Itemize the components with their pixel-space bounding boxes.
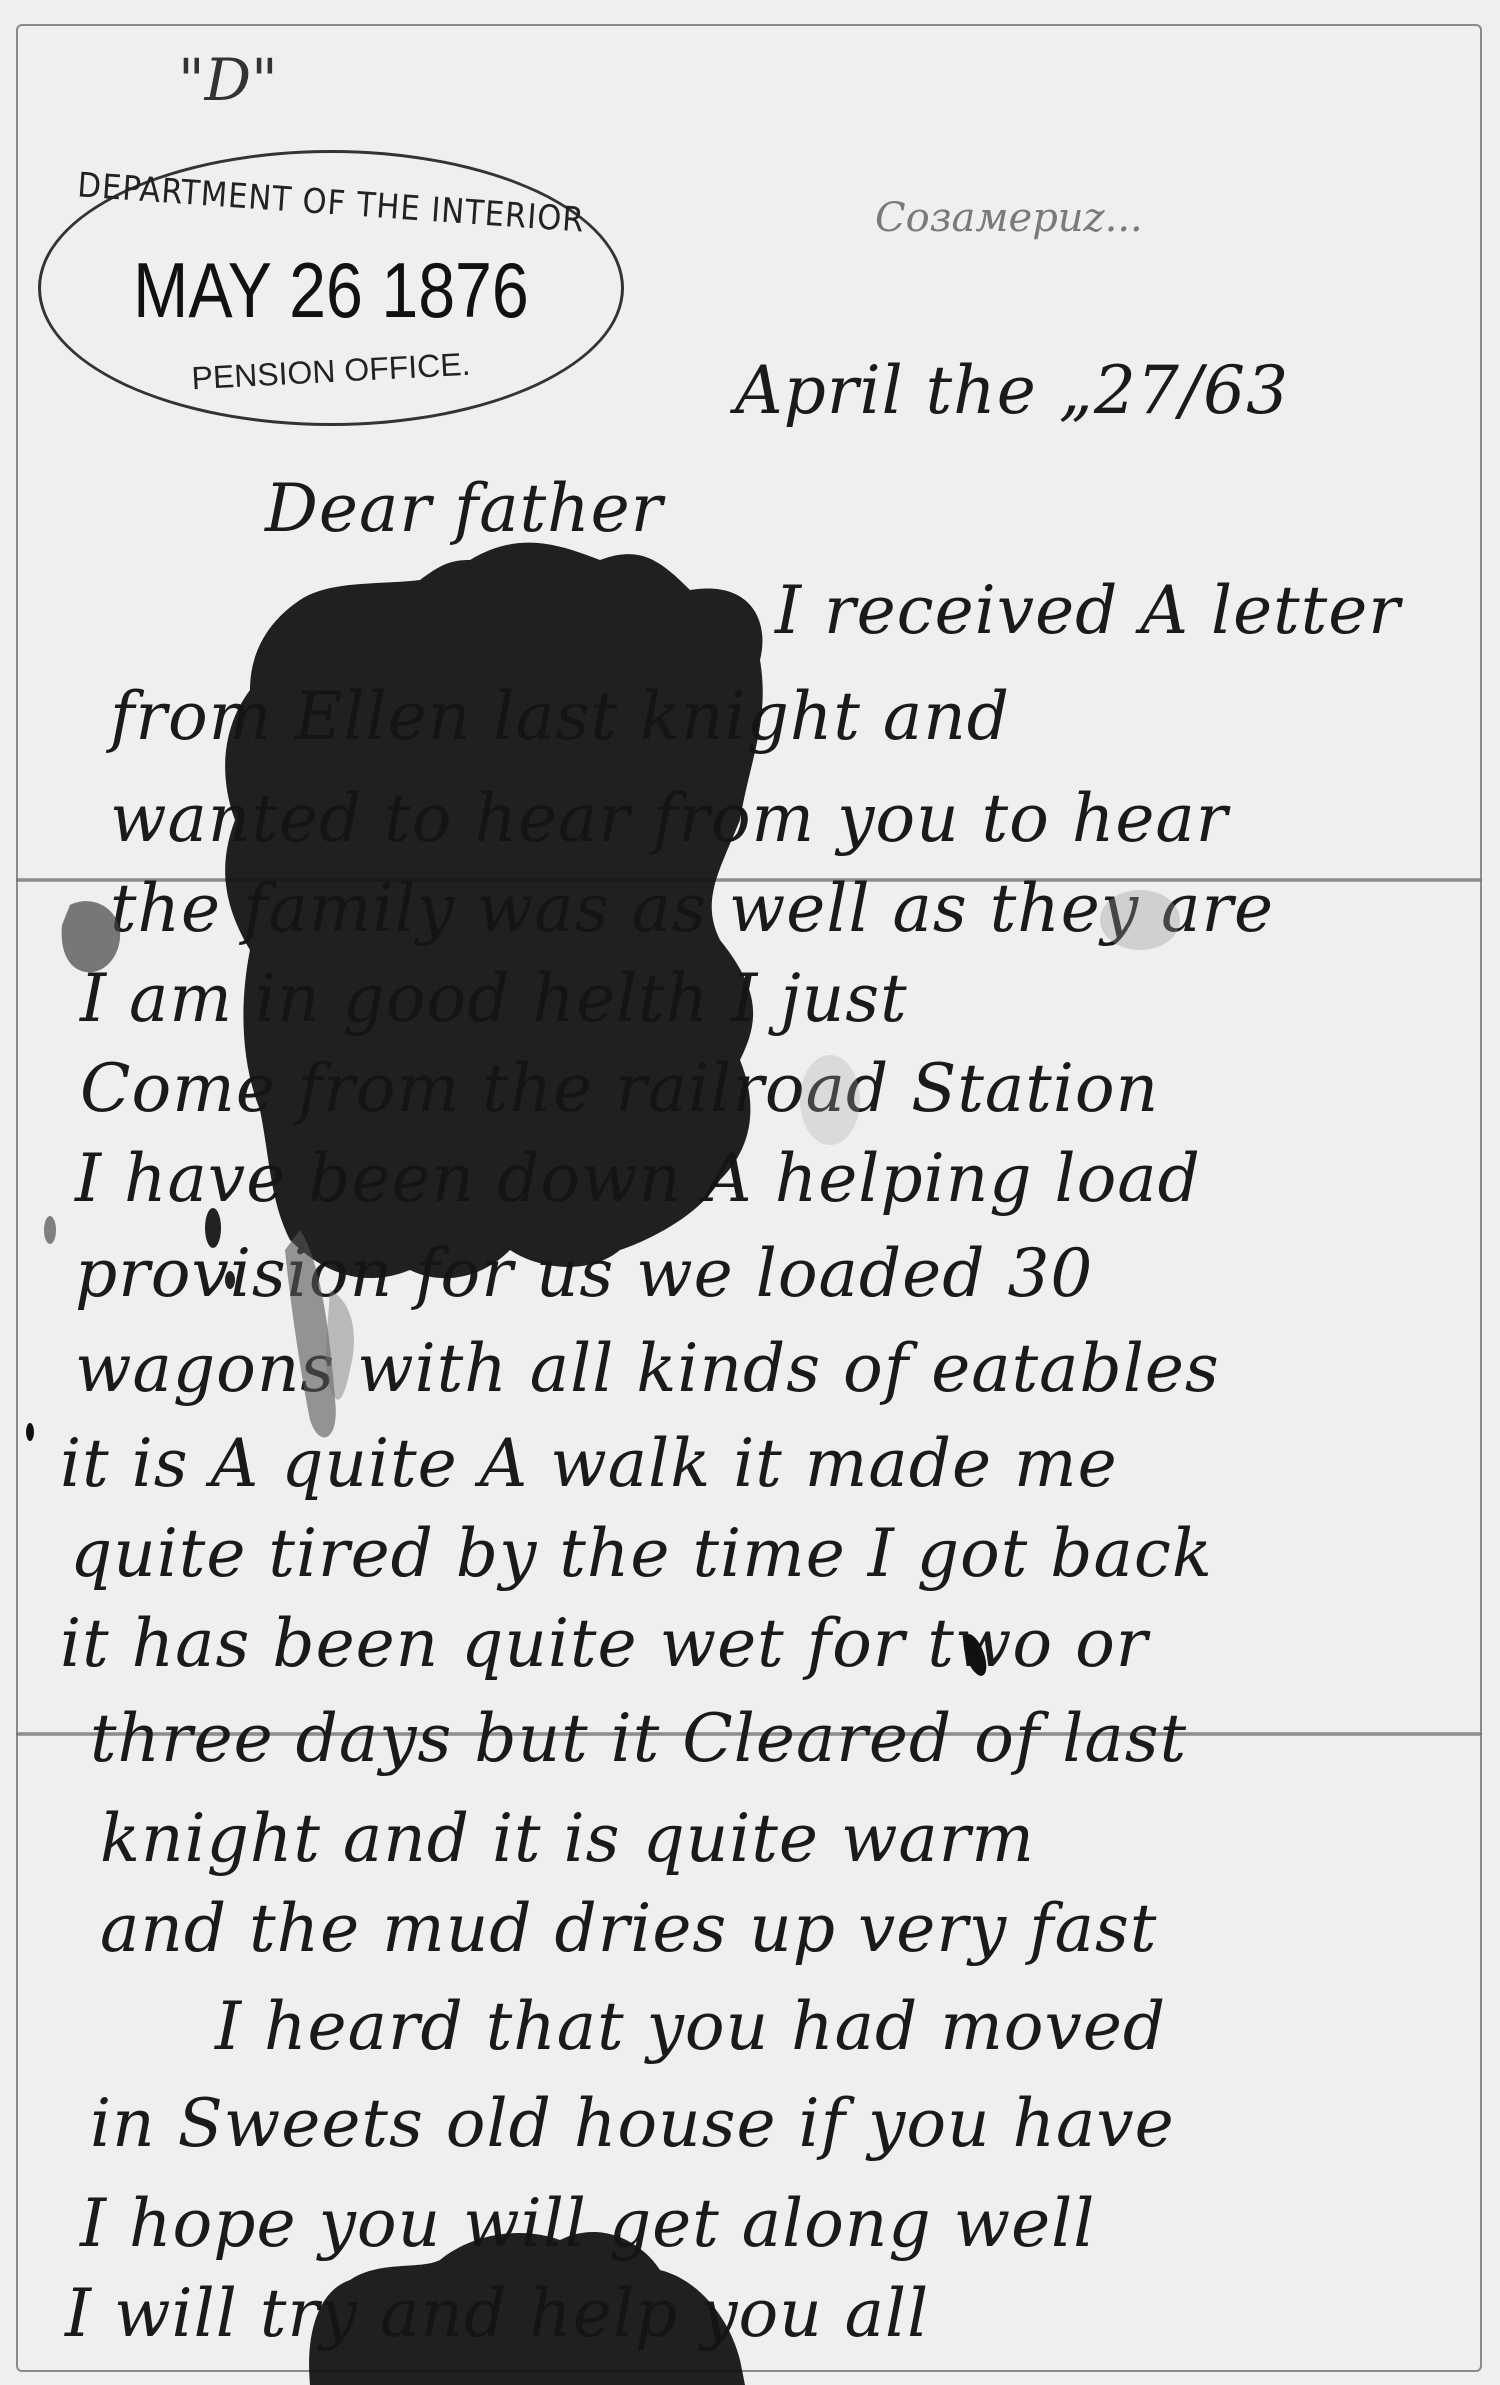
- letter-date: April the „27/63: [735, 352, 1289, 429]
- letter-line: I will try and help you all: [65, 2275, 929, 2352]
- margin-note: Cозамеpuz...: [875, 195, 1143, 241]
- stamp-date: MAY 26 1876: [85, 245, 578, 336]
- letter-line: three days but it Cleared of last: [90, 1700, 1187, 1777]
- letter-page: "D" DEPARTMENT OF THE INTERIOR MAY 26 18…: [0, 0, 1500, 2385]
- letter-line: in Sweets old house if you have: [90, 2085, 1175, 2162]
- letter-line: and the mud dries up very fast: [100, 1890, 1157, 1967]
- letter-line: knight and it is quite warm: [100, 1800, 1035, 1877]
- letter-salutation: Dear father: [265, 470, 663, 547]
- letter-line: I received A letter: [775, 572, 1401, 649]
- letter-line: it has been quite wet for two or: [60, 1605, 1148, 1682]
- corner-mark: "D": [178, 46, 278, 114]
- letter-line: I am in good helth I just: [80, 960, 908, 1037]
- letter-line: I hope you will get along well: [80, 2185, 1095, 2262]
- letter-line: quite tired by the time I got back: [70, 1515, 1213, 1592]
- letter-line: I heard that you had moved: [215, 1988, 1166, 2065]
- letter-line: wanted to hear from you to hear: [110, 780, 1228, 857]
- letter-line: it is A quite A walk it made me: [60, 1425, 1118, 1502]
- letter-line: Come from the railroad Station: [80, 1050, 1159, 1127]
- pension-office-stamp: DEPARTMENT OF THE INTERIOR MAY 26 1876 P…: [38, 150, 624, 426]
- letter-line: from Ellen last knight and: [110, 678, 1010, 755]
- letter-line: wagons with all kinds of eatables: [75, 1330, 1220, 1407]
- letter-line: provision for us we loaded 30: [75, 1235, 1093, 1312]
- letter-line: I have been down A helping load: [75, 1140, 1201, 1217]
- letter-line: the family was as well as they are: [110, 870, 1274, 947]
